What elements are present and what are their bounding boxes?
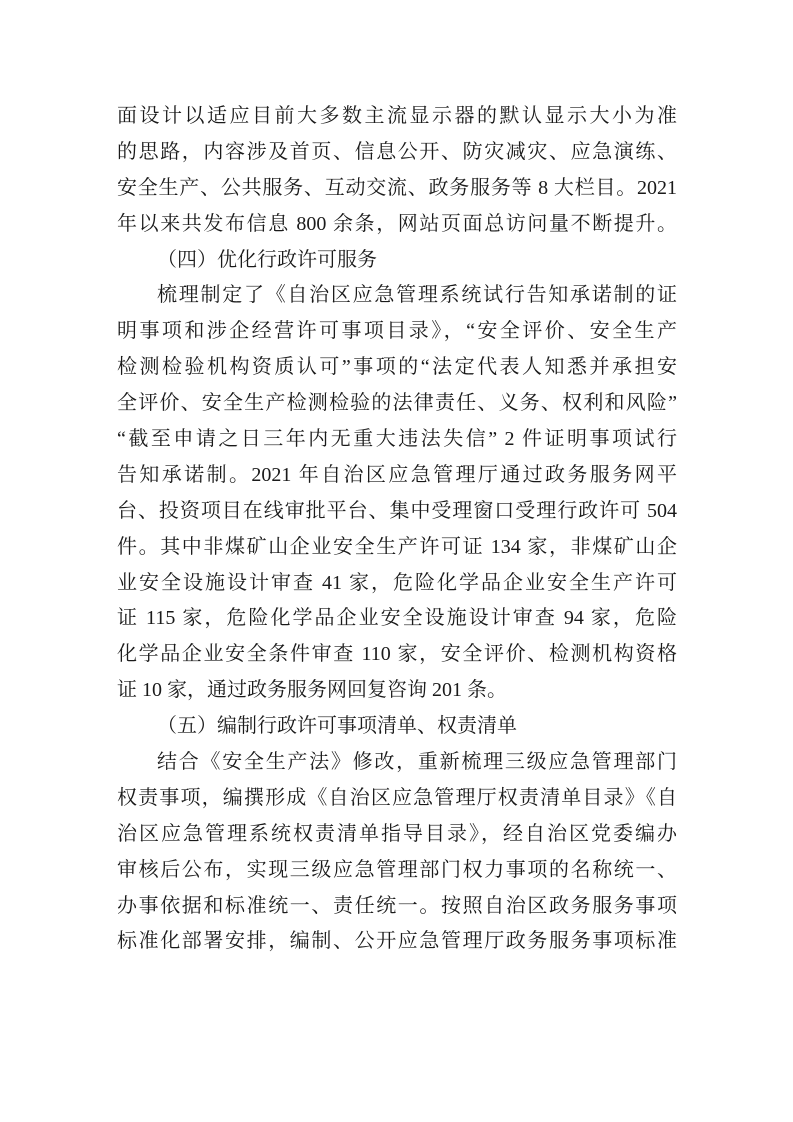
text-line: 安全生产、公共服务、互动交流、政务服务等 8 大栏目。2021 bbox=[117, 171, 677, 207]
text-line: “截至申请之日三年内无重大违法失信” 2 件证明事项试行 bbox=[117, 422, 677, 458]
text-line: 办事依据和标准统一、责任统一。按照自治区政务服务事项 bbox=[117, 889, 677, 925]
text-line: 证 115 家，危险化学品企业安全设施设计审查 94 家，危险 bbox=[117, 601, 677, 637]
text-line: 全评价、安全生产检测检验的法律责任、义务、权利和风险” bbox=[117, 386, 677, 422]
text-line: 检测检验机构资质认可”事项的“法定代表人知悉并承担安 bbox=[117, 350, 677, 386]
text-line: 治区应急管理系统权责清单指导目录》，经自治区党委编办 bbox=[117, 817, 677, 853]
text-line: 证 10 家，通过政务服务网回复咨询 201 条。 bbox=[117, 673, 677, 709]
text-line: 结合《安全生产法》修改，重新梳理三级应急管理部门 bbox=[117, 745, 677, 781]
text-line: 标准化部署安排，编制、公开应急管理厅政务服务事项标准 bbox=[117, 924, 677, 960]
text-line: 件。其中非煤矿山企业安全生产许可证 134 家，非煤矿山企 bbox=[117, 530, 677, 566]
text-line: 梳理制定了《自治区应急管理系统试行告知承诺制的证 bbox=[117, 278, 677, 314]
text-line: 业安全设施设计审查 41 家，危险化学品企业安全生产许可 bbox=[117, 566, 677, 602]
text-line: 明事项和涉企经营许可事项目录》，“安全评价、安全生产 bbox=[117, 314, 677, 350]
section-heading: （四）优化行政许可服务 bbox=[117, 243, 677, 279]
text-line: 告知承诺制。2021 年自治区应急管理厅通过政务服务网平 bbox=[117, 458, 677, 494]
text-line: 审核后公布，实现三级应急管理部门权力事项的名称统一、 bbox=[117, 853, 677, 889]
section-heading: （五）编制行政许可事项清单、权责清单 bbox=[117, 709, 677, 745]
document-page: 面设计以适应目前大多数主流显示器的默认显示大小为准的思路，内容涉及首页、信息公开… bbox=[0, 0, 793, 1122]
text-line: 台、投资项目在线审批平台、集中受理窗口受理行政许可 504 bbox=[117, 494, 677, 530]
text-line: 权责事项，编撰形成《自治区应急管理厅权责清单目录》《自 bbox=[117, 781, 677, 817]
text-line: 面设计以适应目前大多数主流显示器的默认显示大小为准 bbox=[117, 99, 677, 135]
text-line: 化学品企业安全条件审查 110 家，安全评价、检测机构资格 bbox=[117, 637, 677, 673]
document-content: 面设计以适应目前大多数主流显示器的默认显示大小为准的思路，内容涉及首页、信息公开… bbox=[117, 99, 677, 960]
text-line: 的思路，内容涉及首页、信息公开、防灾减灾、应急演练、 bbox=[117, 135, 677, 171]
text-line: 年以来共发布信息 800 余条，网站页面总访问量不断提升。 bbox=[117, 207, 677, 243]
